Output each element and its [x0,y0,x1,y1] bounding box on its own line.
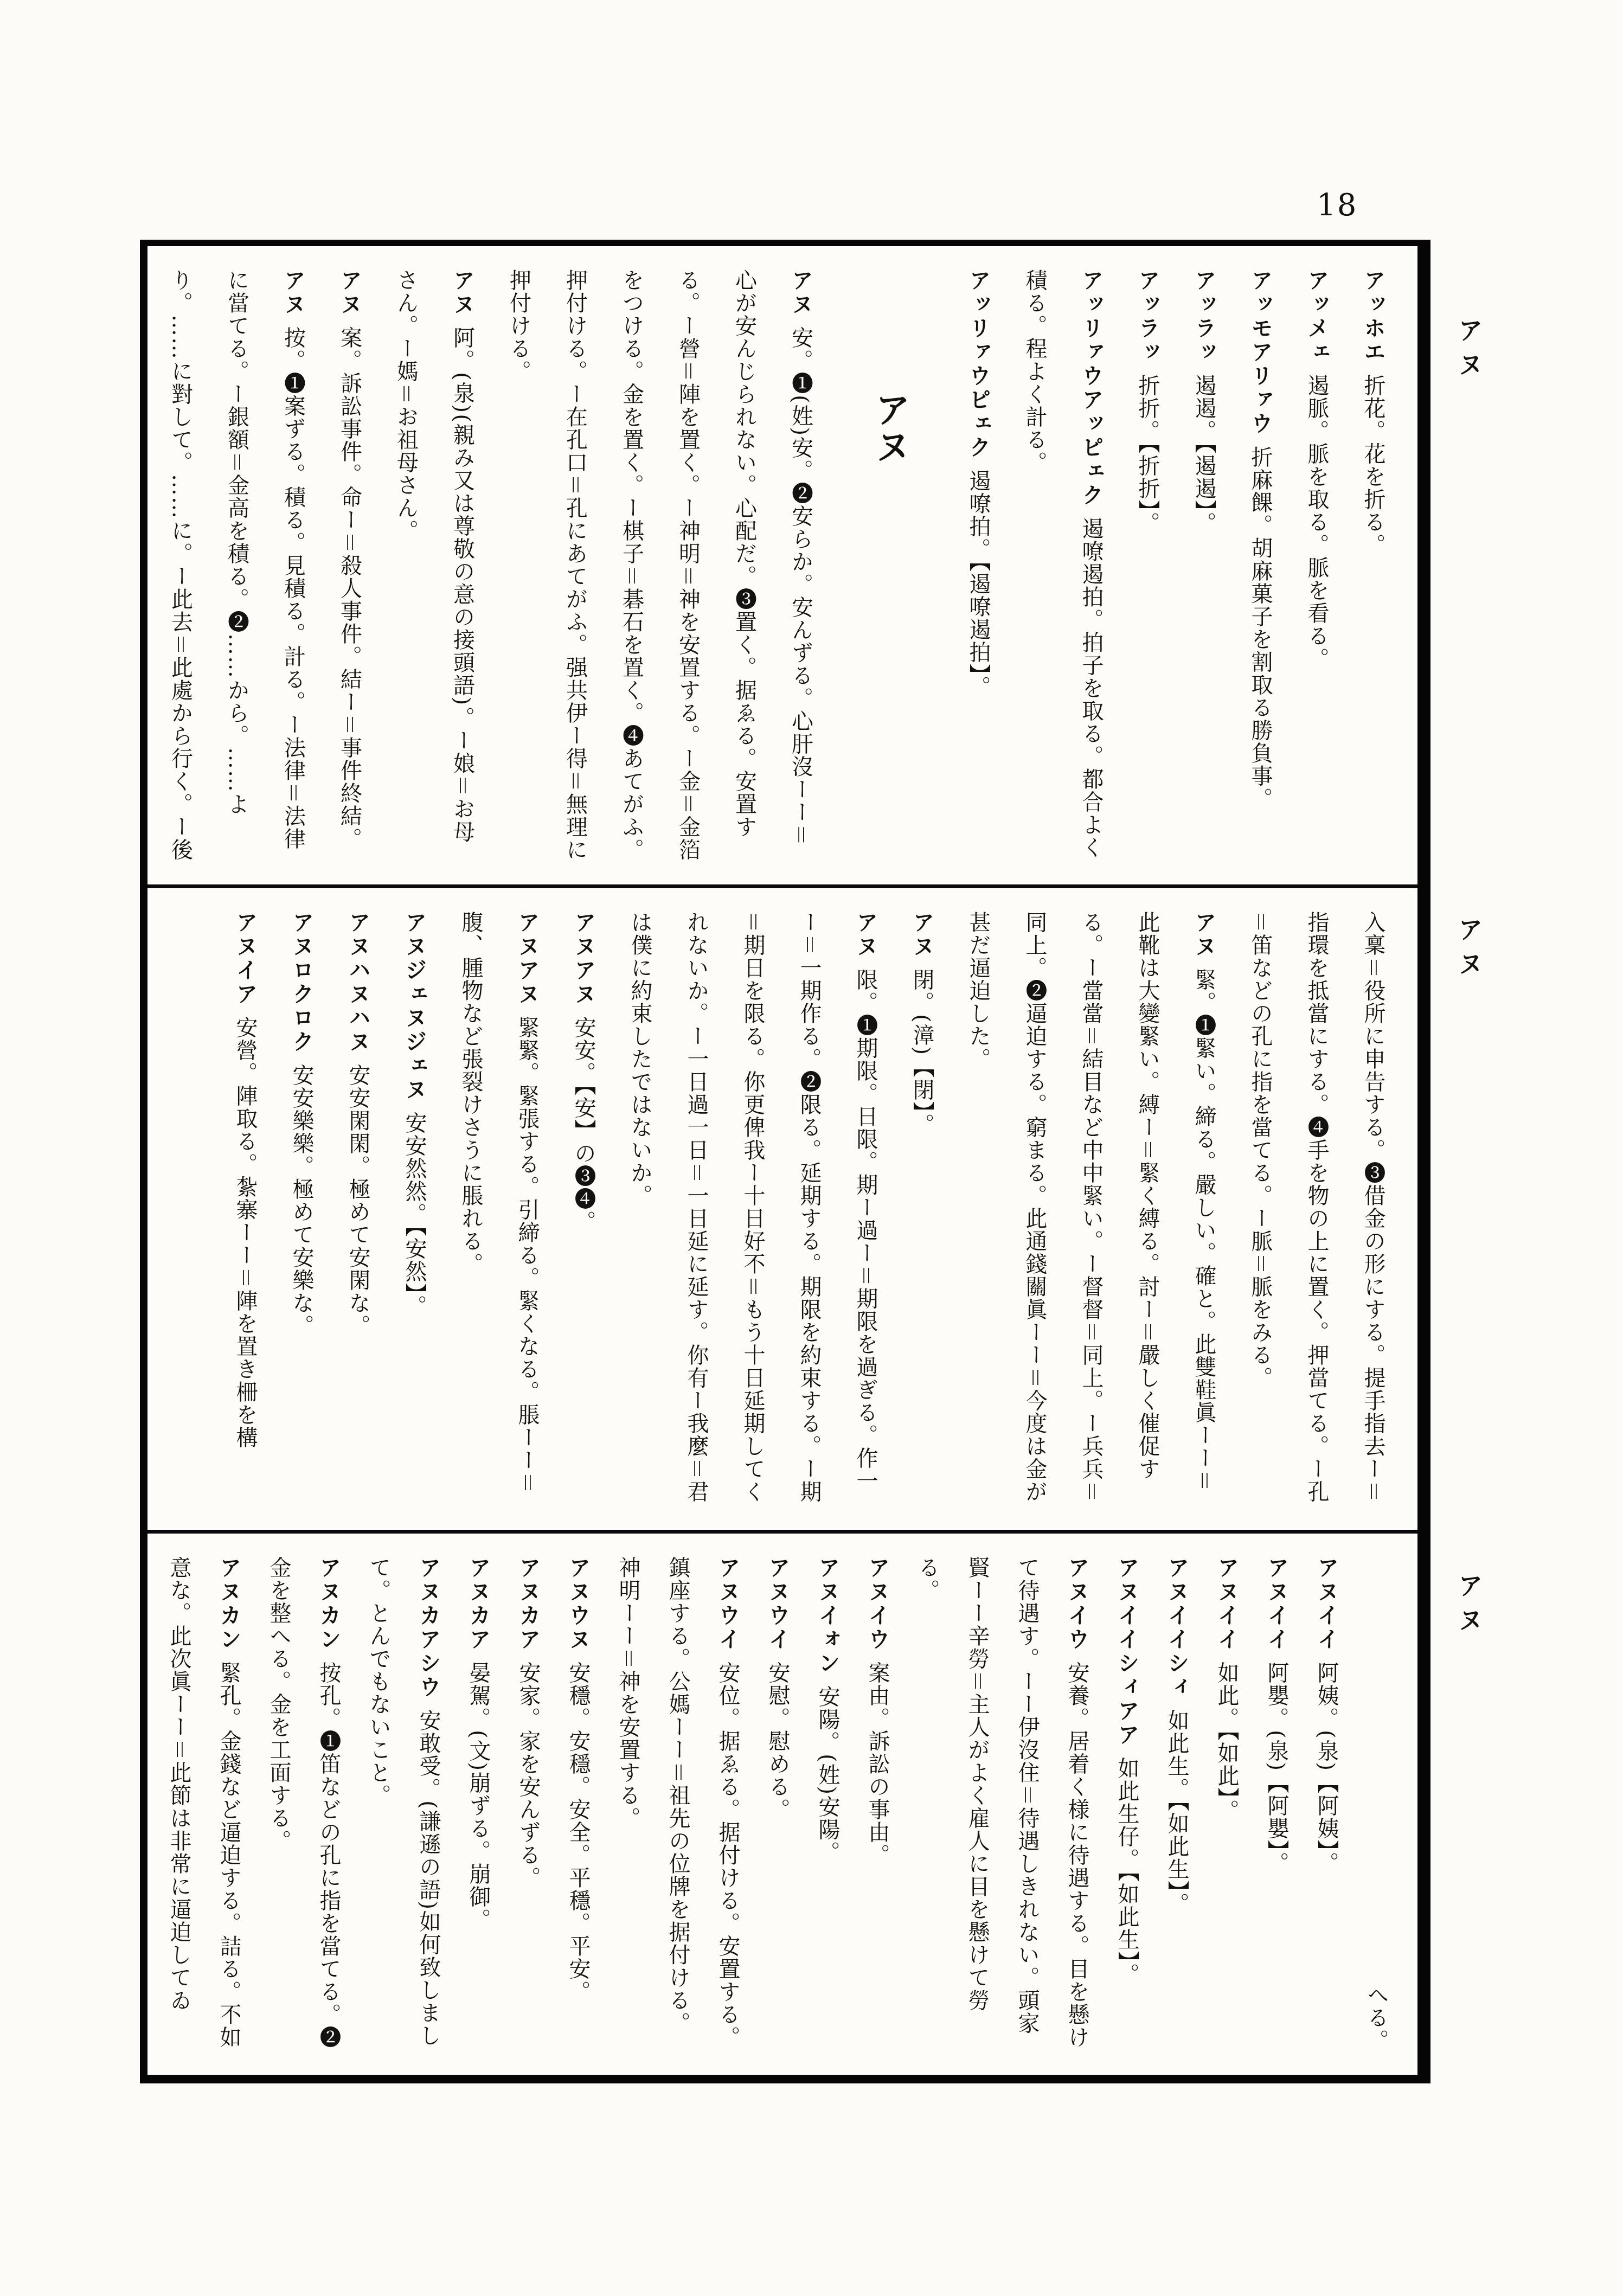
entry-headword: アヌ [909,911,935,959]
dictionary-entry: アヌイイ如此。【如此】。 [1202,1556,1252,2052]
entry-definition: 按。❶案ずる。積る。見積る。計る。ー法律＝法律に當てる。ー銀額＝金高を積る。❷…… [147,269,305,861]
entry-headword: アヌ [337,269,362,317]
entry-definition: 安安樂樂。極めて安樂な。 [289,1064,314,1337]
entry-definition: 安穩。安穩。安全。平穩。平安。 [566,1662,591,2003]
entry-definition: 安家。家を安んずる。 [516,1662,541,1889]
entry-headword: アヌジェヌジェヌ [402,911,427,1102]
entry-headword: アヌ [450,269,475,317]
section-heading-text: アヌ [869,391,911,465]
entry-headword: アヌウイ [715,1556,741,1652]
entry-headword: アッモアリァウ [1248,269,1273,436]
entry-headword: アッリァウアッピェク [1079,269,1104,508]
entry-definition: 安安然然。【安然】。 [402,1112,427,1318]
entry-definition: 如此生。【如此生】。 [1164,1709,1189,1915]
entry-definition: 安安。【安】の❸❹。 [571,1016,596,1233]
entry-definition: 安。❶(姓)安。❷安らか。安んずる。心肝沒ーー＝心が安んじられない。心配だ。❸置… [506,269,813,861]
dictionary-entry: アッリァウピェク遏嘹拍。【遏嘹遏拍】。 [950,269,1006,862]
dictionary-entry: アヌ閉。(漳)【閉】。 [894,911,950,1507]
entry-definition: 折折。【折折】。 [1135,374,1160,535]
entry-headword: アヌ [1191,911,1217,959]
dictionary-entry: アヌカン按孔。❶笛などの孔に指を當てる。❷金を整へる。金を工面する。 [254,1556,354,2052]
dictionary-entry: アヌ限。❶期限。日限。期ー過ー＝期限を過ぎる。作一ー＝一期作る。❷限る。延期する… [612,911,894,1507]
entry-definition: 安陽。(姓)安陽。 [815,1685,840,1864]
entry-headword: アッホエ [1361,269,1386,364]
entry-definition: 入稟＝役所に申告する。❸借金の形にする。提手指去ー＝指環を抵當にする。❹手を物の… [1248,911,1385,1503]
dictionary-entry: アヌイイシィ如此生。【如此生】。 [1152,1556,1202,2052]
dictionary-entry: アヌウイ安慰。慰める。 [753,1556,803,2052]
entry-headword: アヌウヌ [566,1556,591,1652]
entry-headword: アヌアヌ [571,911,596,1006]
entry-headword: アヌイォン [815,1556,841,1676]
entry-headword: アッリァウピェク [966,269,991,460]
entry-definition: 折花。花を折る。 [1361,374,1385,556]
dictionary-entry: アッリァウアッピェク遏嘹遏拍。拍子を取る。都合よく積る。程よく計る。 [1006,269,1119,862]
entry-definition: 案由。訴訟の事由。 [865,1662,890,1867]
entry-headword: アヌイイ [1314,1556,1339,1652]
entry-definition: 阿姨。(泉)【阿姨】。 [1314,1662,1339,1875]
entry-definition: 遏遏。【遏遏】。 [1191,374,1216,535]
dictionary-entry: アヌカアシウ安敢受。(謙遜の語)如何致しまして。とんでもないこと。 [354,1556,453,2052]
entry-definition: 折麻餜。胡麻菓子を割取る勝負事。 [1248,446,1273,810]
scanned-dictionary-page: { "page": { "folio_number": "18", "margi… [0,0,1623,2296]
dictionary-band-middle: 入稟＝役所に申告する。❸借金の形にする。提手指去ー＝指環を抵當にする。❹手を物の… [147,888,1417,1534]
entry-headword: アヌイイ [1264,1556,1290,1652]
dictionary-entry: アヌ按。❶案ずる。積る。見積る。計る。ー法律＝法律に當てる。ー銀額＝金高を積る。… [147,269,321,862]
entry-headword: アヌイウ [865,1556,890,1652]
entry-headword: アヌウイ [765,1556,791,1652]
entry-headword: アヌイイシィアア [1114,1556,1140,1747]
dictionary-entry: アヌイイ阿姨。(泉)【阿姨】。 [1301,1556,1351,2052]
entry-definition: 阿。(泉)(親み又は尊敬の意の接頭語)。ー娘＝お母さん。ー媽＝お祖母さん。 [393,269,474,843]
dictionary-entry: アッメェ遏脈。脈を取る。脈を看る。 [1288,269,1345,862]
entry-headword: アッラッ [1135,269,1160,364]
dictionary-entry: アヌ緊。❶緊い。締る。嚴しい。確と。此雙鞋眞ーー＝此靴は大變緊い。縛ー＝緊く縛る… [950,911,1232,1507]
entry-definition: 限。❶期限。日限。期ー過ー＝期限を過ぎる。作一ー＝一期作る。❷限る。延期する。期… [627,911,878,1503]
entry-definition: 閉。(漳)【閉】。 [909,969,934,1136]
entry-headword: アヌカン [216,1556,242,1652]
dictionary-entry: アヌイウ安養。居着く様に待遇する。目を懸けて待遇す。ーー伊沒住＝待遇しきれない。… [902,1556,1102,2052]
dictionary-band-bottom: へる。アヌイイ阿姨。(泉)【阿姨】。アヌイイ阿嬰。(泉)【阿嬰】。アヌイイ如此。… [147,1534,1417,2075]
entry-definition: 安營。陣取る。紮寨ーー＝陣を置き柵を構 [233,1016,258,1449]
entry-definition: 如此。【如此】。 [1214,1662,1239,1822]
entry-headword: アヌイイシィ [1164,1556,1190,1699]
dictionary-entry: アヌイォン安陽。(姓)安陽。 [803,1556,852,2052]
entry-headword: アヌカア [466,1556,491,1652]
dictionary-band-top: アッホエ折花。花を折る。アッメェ遏脈。脈を取る。脈を看る。アッモアリァウ折麻餜。… [147,246,1417,888]
entry-definition: 安慰。慰める。 [765,1662,790,1821]
page-number: 18 [1317,188,1357,223]
entry-headword: アヌ [280,269,306,317]
entry-definition: 緊。❶緊い。締る。嚴しい。確と。此雙鞋眞ーー＝此靴は大變緊い。縛ー＝緊く縛る。討… [966,911,1216,1503]
entry-headword: アヌロクロク [289,911,315,1054]
dictionary-entry: アヌイウ案由。訴訟の事由。 [852,1556,902,2052]
dictionary-entry: アッラッ遏遏。【遏遏】。 [1176,269,1232,862]
entry-headword: アヌ [788,269,813,317]
entry-headword: アヌカン [316,1556,342,1652]
entry-definition: 晏駕。(文)崩ずる。崩御。 [466,1662,491,1931]
dictionary-entry: アヌカア安家。家を安んずる。 [503,1556,553,2052]
dictionary-entry: アヌ阿。(泉)(親み又は尊敬の意の接頭語)。ー娘＝お母さん。ー媽＝お祖母さん。 [377,269,490,862]
entry-headword: アッメェ [1304,269,1330,364]
dictionary-entry: アヌハヌハヌ安安閑閑。極めて安閑な。 [330,911,386,1507]
entry-headword: アッラッ [1191,269,1217,364]
dictionary-entry: へる。 [1351,1556,1401,2052]
dictionary-entry: アヌ安。❶(姓)安。❷安らか。安んずる。心肝沒ーー＝心が安んじられない。心配だ。… [490,269,829,862]
dictionary-entry: アヌカア晏駕。(文)崩ずる。崩御。 [453,1556,503,2052]
entry-headword: アヌイウ [1064,1556,1090,1652]
entry-headword: アヌイイ [1214,1556,1240,1652]
page-border-frame: アッホエ折花。花を折る。アッメェ遏脈。脈を取る。脈を看る。アッモアリァウ折麻餜。… [140,240,1430,2083]
entry-definition: 阿嬰。(泉)【阿嬰】。 [1264,1662,1289,1875]
dictionary-entry: アヌイイ阿嬰。(泉)【阿嬰】。 [1252,1556,1301,2052]
entry-definition: 安安閑閑。極めて安閑な。 [345,1064,370,1337]
entry-definition: 遏脈。脈を取る。脈を看る。 [1304,374,1329,670]
dictionary-entry: アヌイイシィアア如此生仔。【如此生】。 [1102,1556,1152,2052]
entry-definition: 安養。居着く様に待遇する。目を懸けて待遇す。ーー伊沒住＝待遇しきれない。頭家賢ー… [915,1556,1089,2049]
section-heading: アヌ [843,269,936,888]
dictionary-entry: 入稟＝役所に申告する。❸借金の形にする。提手指去ー＝指環を抵當にする。❹手を物の… [1232,911,1401,1507]
margin-tab-band-2: アヌ [1449,916,1487,984]
entry-headword: アヌハヌハヌ [345,911,371,1054]
entry-headword: アヌイア [233,911,258,1006]
entry-definition: 遏嘹拍。【遏嘹遏拍】。 [966,470,991,698]
dictionary-entry: アヌウイ安位。据ゑる。据付ける。安置する。鎮座する。公媽ーー＝祖先の位牌を据付け… [603,1556,753,2052]
dictionary-entry: アヌカン緊孔。金錢など逼迫する。詰る。不如意な。此次眞ーー＝此節は非常に逼迫して… [147,1556,254,2052]
margin-tab-band-3: アヌ [1449,1573,1487,1640]
dictionary-entry: アッモアリァウ折麻餜。胡麻菓子を割取る勝負事。 [1232,269,1288,862]
dictionary-entry: アヌアヌ安安。【安】の❸❹。 [555,911,612,1507]
dictionary-entry: アヌジェヌジェヌ安安然然。【安然】。 [386,911,442,1507]
dictionary-entry: アッホエ折花。花を折る。 [1345,269,1401,862]
entry-headword: アヌ [853,911,878,959]
dictionary-entry: アヌウヌ安穩。安穩。安全。平穩。平安。 [553,1556,603,2052]
dictionary-entry: アヌ案。訴訟事件。命ー＝殺人事件。結ー＝事件終結。 [321,269,377,862]
dictionary-entry: アヌイア安營。陣取る。紮寨ーー＝陣を置き柵を構 [217,911,273,1507]
dictionary-entry: アヌロクロク安安樂樂。極めて安樂な。 [273,911,330,1507]
entry-headword: アヌアヌ [515,911,540,1006]
entry-definition: へる。 [1351,1984,1401,2052]
margin-tab-band-1: アヌ [1449,317,1487,384]
dictionary-entry: アッラッ折折。【折折】。 [1119,269,1176,862]
dictionary-entry: アヌアヌ緊緊。緊張する。引締る。緊くなる。脹ーー＝腹、腫物など張裂けさうに脹れる… [442,911,555,1507]
entry-definition: 案。訴訟事件。命ー＝殺人事件。結ー＝事件終結。 [337,326,362,850]
entry-definition: 如此生仔。【如此生】。 [1114,1757,1139,1986]
entry-headword: アヌカア [516,1556,541,1652]
entry-headword: アヌカアシウ [416,1556,441,1699]
